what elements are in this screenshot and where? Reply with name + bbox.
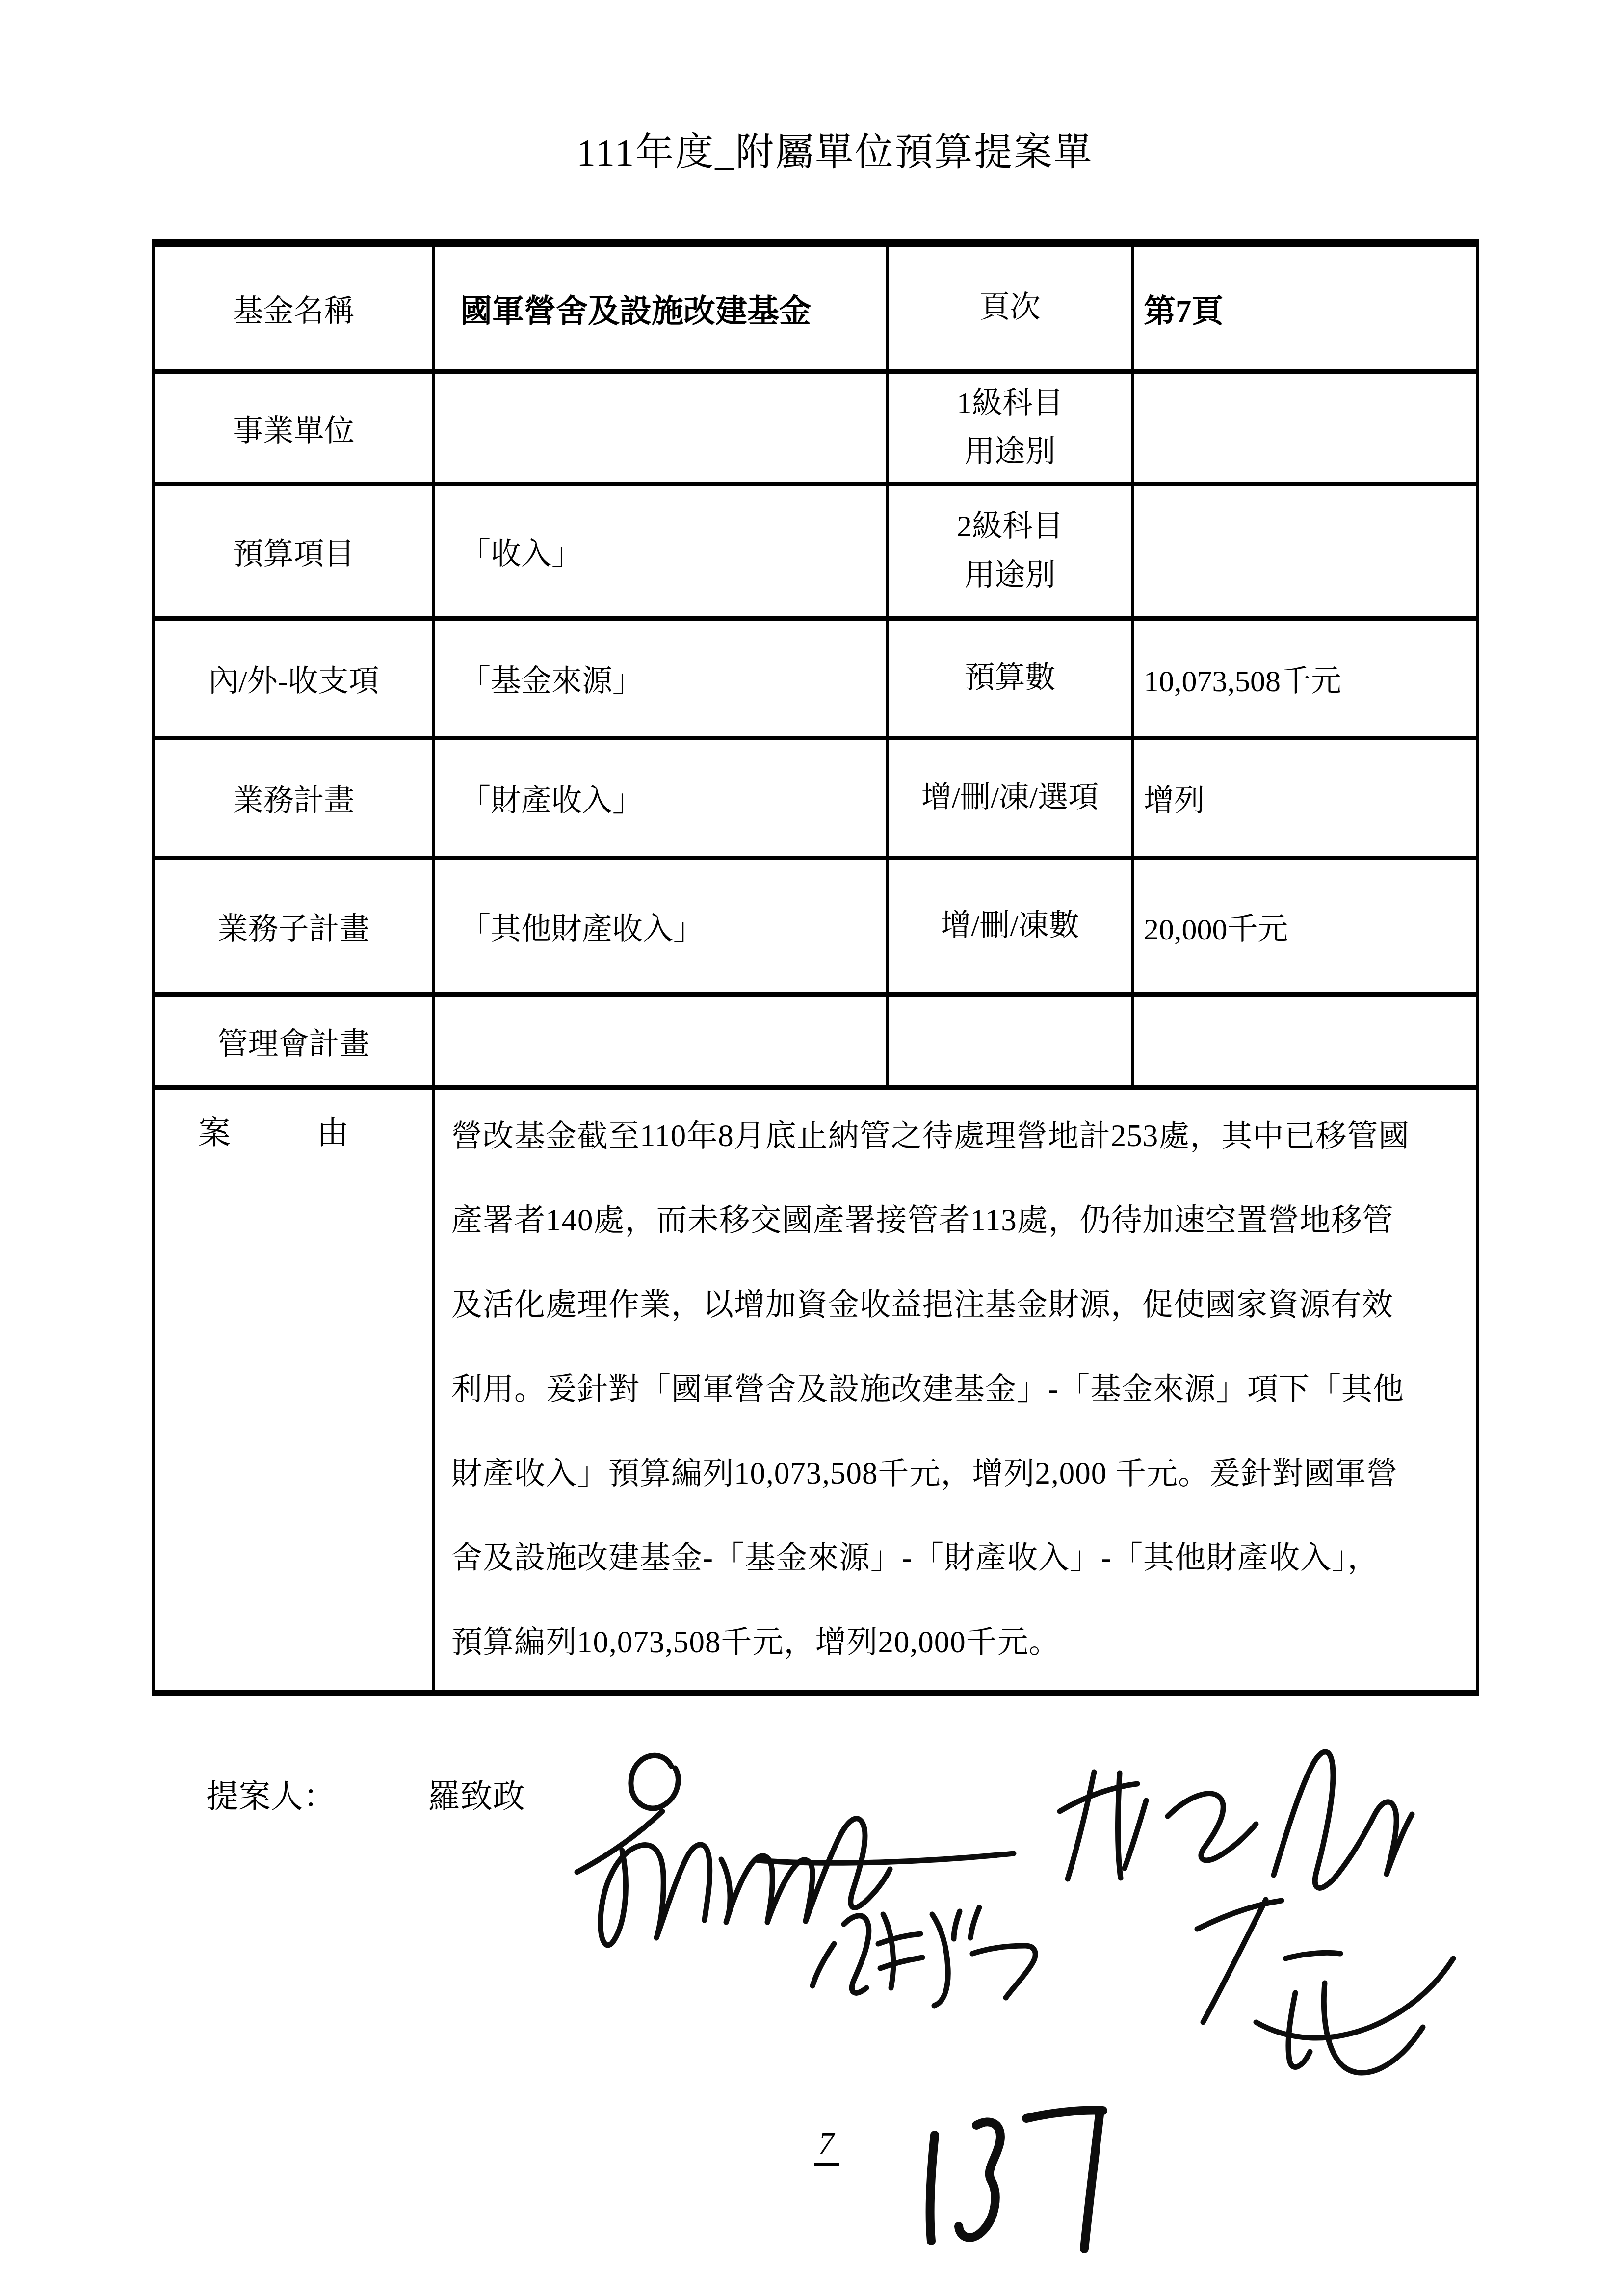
case-line: 預算編列10,073,508千元，增列20,000千元。 (451, 1600, 1463, 1684)
row-label2: 2級科目 用途別 (889, 486, 1131, 616)
row-value: 「其他財產收入」 (435, 860, 886, 992)
row-label: 內/外-收支項 (155, 621, 432, 736)
form-table: 基金名稱 國軍營舍及設施改建基金 頁次 第7頁 事業單位 1級科目 用途別 預算… (152, 239, 1479, 1696)
row-value2 (1134, 997, 1476, 1085)
row-value2 (1134, 374, 1476, 482)
row-label2 (889, 997, 1131, 1085)
signature-2 (1060, 1752, 1412, 1888)
case-reason-label: 案 由 (155, 1090, 432, 1690)
row-value: 「財產收入」 (435, 740, 886, 856)
case-reason-text: 營改基金截至110年8月底止納管之待處理營地計253處，其中已移管國 產署者14… (435, 1090, 1476, 1690)
case-line: 利用。爰針對「國軍營舍及設施改建基金」-「基金來源」項下「其他 (451, 1347, 1463, 1431)
signature-4 (1197, 1900, 1453, 2073)
case-line: 舍及設施改建基金-「基金來源」-「財產收入」-「其他財產收入」， (451, 1515, 1463, 1600)
row-label2: 增/刪/凍數 (889, 860, 1131, 992)
signature-1 (577, 1755, 1014, 1945)
row-label: 管理會計畫 (155, 997, 432, 1085)
row-label2: 頁次 (889, 247, 1131, 369)
handwritten-digits (930, 2111, 1103, 2249)
case-label-char: 案 (198, 1106, 231, 1153)
row-label: 業務子計畫 (155, 860, 432, 992)
case-line: 營改基金截至110年8月底止納管之待處理營地計253處，其中已移管國 (451, 1094, 1463, 1178)
row-value (435, 374, 886, 482)
proposer-name: 羅致政 (428, 1779, 525, 1815)
row-value: 「收入」 (435, 486, 886, 616)
page-title: 111年度_附屬單位預算提案單 (576, 122, 1093, 177)
row-value2: 20,000千元 (1134, 860, 1476, 992)
row-label2: 增/刪/凍/選項 (889, 740, 1131, 856)
case-line: 及活化處理作業，以增加資金收益挹注基金財源，促使國家資源有效 (451, 1262, 1463, 1347)
row-label: 事業單位 (155, 374, 432, 482)
row-label: 預算項目 (155, 486, 432, 616)
row-label: 基金名稱 (155, 247, 432, 369)
page-number: 7 (814, 2125, 839, 2166)
case-line: 產署者140處，而未移交國產署接管者113處，仍待加速空置營地移管 (451, 1178, 1463, 1262)
row-label2: 預算數 (889, 621, 1131, 736)
row-value2: 第7頁 (1134, 247, 1476, 369)
row-value: 國軍營舍及設施改建基金 (435, 247, 886, 369)
signature-3 (812, 1907, 1035, 2006)
row-value (435, 997, 886, 1085)
row-value2: 增列 (1134, 740, 1476, 856)
proposer-row: 提案人：羅致政 (206, 1770, 525, 1817)
document-page: 111年度_附屬單位預算提案單 基金名稱 國軍營舍及設施改建基金 頁次 第7頁 … (0, 0, 1624, 2296)
row-value2: 10,073,508千元 (1134, 621, 1476, 736)
row-label2: 1級科目 用途別 (889, 374, 1131, 482)
proposer-label: 提案人： (206, 1779, 336, 1815)
case-label-char: 由 (316, 1106, 349, 1153)
row-value2 (1134, 486, 1476, 616)
row-label: 業務計畫 (155, 740, 432, 856)
row-value: 「基金來源」 (435, 621, 886, 736)
case-line: 財產收入」預算編列10,073,508千元，增列2,000 千元。爰針對國軍營 (451, 1431, 1463, 1515)
